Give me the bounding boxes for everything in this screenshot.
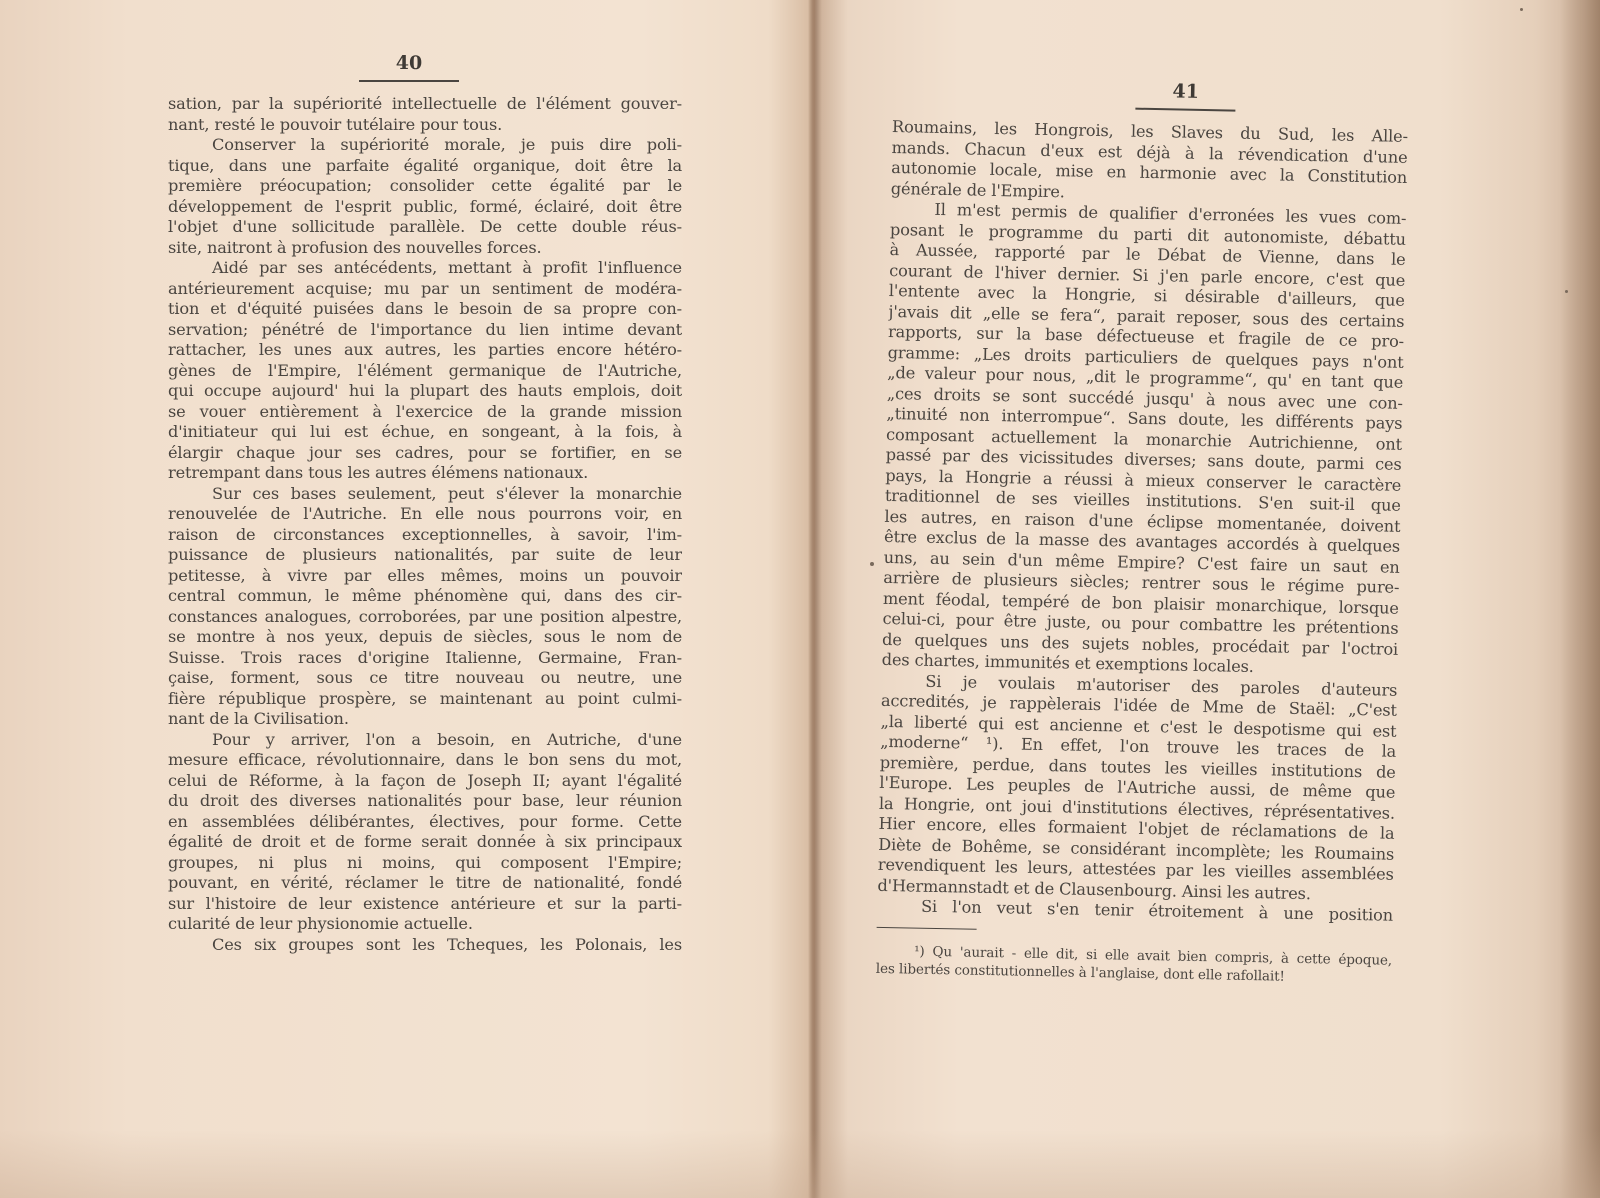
text-line: antérieurement acquise; mu par un sentim… <box>168 279 682 300</box>
text-line: sation, par la supériorité intellectuell… <box>168 94 682 115</box>
text-line: renouvelée de l'Autriche. En elle nous p… <box>168 504 682 525</box>
text-line: sur l'histoire de leur existence antérie… <box>168 894 682 915</box>
text-line: groupes, ni plus ni moins, qui composent… <box>168 853 682 874</box>
text-line: égalité de droit et de forme serait donn… <box>168 832 682 853</box>
text-line: raison de circonstances exceptionnelles,… <box>168 525 682 546</box>
text-line: site, naitront à profusion des nouvelles… <box>168 238 682 259</box>
bottom-shadow <box>0 1130 1600 1198</box>
text-line: qui occupe aujourd' hui la plupart des h… <box>168 381 682 402</box>
page-edge-shadow <box>1560 0 1600 1198</box>
text-line: çaise, forment, sous ce titre nouveau ou… <box>168 668 682 689</box>
text-line: Aidé par ses antécédents, mettant à prof… <box>168 258 682 279</box>
footnote-rule <box>877 926 977 929</box>
text-line: tion et d'équité puisées dans le besoin … <box>168 299 682 320</box>
right-page: 41 Roumains, les Hongrois, les Slaves du… <box>876 75 1409 988</box>
text-line: en assemblées délibérantes, électives, p… <box>168 812 682 833</box>
text-line: l'objet d'une sollicitude parallèle. De … <box>168 217 682 238</box>
text-line: puissance de plusieurs nationalités, par… <box>168 545 682 566</box>
header-rule <box>359 80 459 82</box>
text-line: du droit des diverses nationalités pour … <box>168 791 682 812</box>
text-line: constances analogues, corroborées, par u… <box>168 607 682 628</box>
text-line: première préocupation; consolider cette … <box>168 176 682 197</box>
text-line: se montre à nos yeux, depuis de siècles,… <box>168 627 682 648</box>
text-line: petitesse, à vivre par elles mêmes, moin… <box>168 566 682 587</box>
left-page: 40 sation, par la supériorité intellectu… <box>168 52 682 955</box>
text-line: pouvant, en vérité, réclamer le titre de… <box>168 873 682 894</box>
book-gutter <box>808 0 822 1198</box>
text-line: gènes de l'Empire, l'élément germanique … <box>168 361 682 382</box>
text-line: rattacher, les unes aux autres, les part… <box>168 340 682 361</box>
text-line: nant, resté le pouvoir tutélaire pour to… <box>168 115 682 136</box>
header-rule <box>1135 108 1235 112</box>
paper-speck <box>1520 8 1523 11</box>
text-line: Sur ces bases seulement, peut s'élever l… <box>168 484 682 505</box>
paper-speck <box>870 562 874 566</box>
page-number: 40 <box>359 52 459 74</box>
text-line: Conserver la supériorité morale, je puis… <box>168 135 682 156</box>
page-body: sation, par la supériorité intellectuell… <box>168 94 682 955</box>
page-number: 41 <box>1136 80 1236 104</box>
text-line: tique, dans une parfaite égalité organiq… <box>168 156 682 177</box>
text-line: mesure efficace, révolutionnaire, dans l… <box>168 750 682 771</box>
paper-speck <box>1565 290 1568 293</box>
text-line: celui de Réforme, à la façon de Joseph I… <box>168 771 682 792</box>
text-line: Pour y arriver, l'on a besoin, en Autric… <box>168 730 682 751</box>
text-line: élargir chaque jour ses cadres, pour se … <box>168 443 682 464</box>
text-line: d'initiateur qui lui est échue, en songe… <box>168 422 682 443</box>
text-line: cularité de leur physionomie actuelle. <box>168 914 682 935</box>
text-line: nant de la Civilisation. <box>168 709 682 730</box>
text-line: Suisse. Trois races d'origine Italienne,… <box>168 648 682 669</box>
text-line: fière république prospère, se maintenant… <box>168 689 682 710</box>
text-line: développement de l'esprit public, formé,… <box>168 197 682 218</box>
page-body: Roumains, les Hongrois, les Slaves du Su… <box>877 117 1408 926</box>
text-line: retrempant dans tous les autres élémens … <box>168 463 682 484</box>
text-line: central commun, le même phénomène qui, d… <box>168 586 682 607</box>
text-line: servation; pénétré de l'importance du li… <box>168 320 682 341</box>
text-line: Ces six groupes sont les Tcheques, les P… <box>168 935 682 956</box>
text-line: se vouer entièrement à l'exercice de la … <box>168 402 682 423</box>
